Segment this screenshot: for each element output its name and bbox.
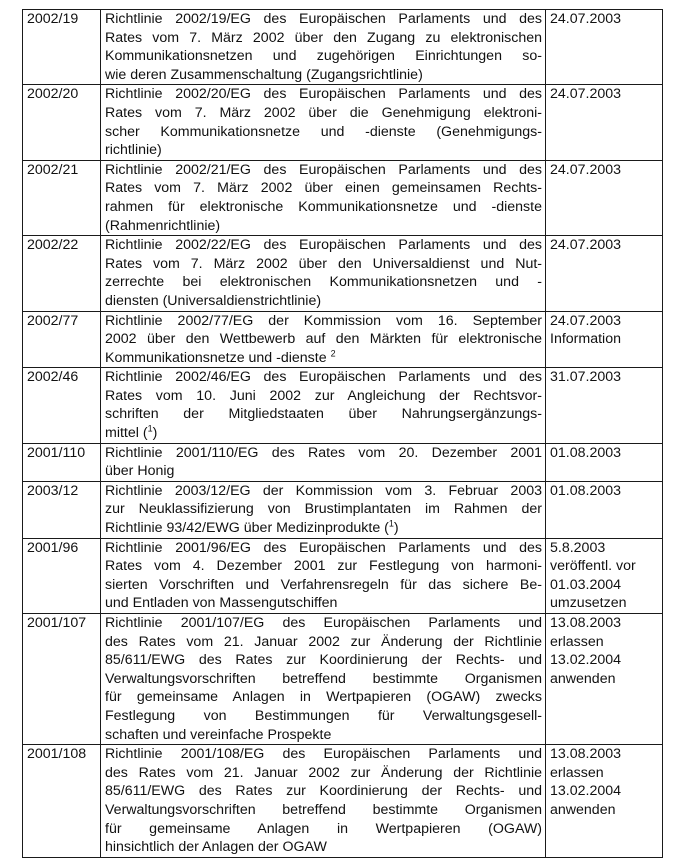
date-line: anwenden xyxy=(550,670,659,689)
date-line: 13.02.2004 xyxy=(550,651,659,670)
description-line: Richtlinie 2002/22/EG des Europäischen P… xyxy=(105,236,542,255)
directive-description: Richtlinie 2001/110/EG des Rates vom 20.… xyxy=(101,443,546,481)
directive-description: Richtlinie 2003/12/EG der Kommission vom… xyxy=(101,481,546,538)
transposition-date: 24.07.2003 xyxy=(546,10,663,85)
directive-description: Richtlinie 2002/20/EG des Europäischen P… xyxy=(101,85,546,160)
description-line: für gemeinsame Anlagen in Wertpapieren (… xyxy=(105,820,542,839)
directive-number: 2001/107 xyxy=(23,614,101,745)
description-text: scher Kommunikationsnetze und -dienste (… xyxy=(105,124,542,140)
date-line: anwenden xyxy=(550,801,659,820)
date-line: 24.07.2003 xyxy=(550,236,659,255)
directive-number: 2001/96 xyxy=(23,538,101,613)
transposition-date: 24.07.2003 xyxy=(546,160,663,235)
description-text: Kommunikationsnetze und -dienste xyxy=(105,350,327,366)
date-line: 13.02.2004 xyxy=(550,782,659,801)
transposition-date: 24.07.2003 xyxy=(546,236,663,311)
directive-number: 2002/21 xyxy=(23,160,101,235)
date-line: 24.07.2003 xyxy=(550,312,659,331)
description-text: Verwaltungsvorschriften betreffend besti… xyxy=(105,802,542,818)
description-text: Richtlinie 2001/96/EG des Europäischen P… xyxy=(105,540,542,556)
description-text: Richtlinie 93/42/EWG über Medizinprodukt… xyxy=(105,520,389,536)
date-line: 24.07.2003 xyxy=(550,10,659,29)
date-line: 01.08.2003 xyxy=(550,444,659,463)
directives-table: 2002/19Richtlinie 2002/19/EG des Europäi… xyxy=(22,9,663,858)
table-row: 2001/96Richtlinie 2001/96/EG des Europäi… xyxy=(23,538,663,613)
footnote-suffix: ) xyxy=(153,425,158,441)
description-text: schriften der Mitgliedstaaten über Nahru… xyxy=(105,406,542,422)
description-text: Richtlinie 2002/20/EG des Europäischen P… xyxy=(105,86,542,102)
description-text: Rates vom 10. Juni 2002 zur Angleichung … xyxy=(105,388,542,404)
table-row: 2002/20Richtlinie 2002/20/EG des Europäi… xyxy=(23,85,663,160)
description-line: des Rates vom 21. Januar 2002 zur Änderu… xyxy=(105,764,542,783)
date-line: 01.08.2003 xyxy=(550,482,659,501)
description-line: 85/611/EWG des Rates zur Koordinierung d… xyxy=(105,782,542,801)
description-text: diensten (Universaldienstrichtlinie) xyxy=(105,293,321,309)
footnote-marker: 2 xyxy=(331,348,336,358)
description-text: Richtlinie 2002/21/EG des Europäischen P… xyxy=(105,162,542,178)
description-line: Rates vom 7. März 2002 über die Genehmig… xyxy=(105,104,542,123)
date-line: 13.08.2003 xyxy=(550,745,659,764)
directive-description: Richtlinie 2002/77/EG der Kommission vom… xyxy=(101,311,546,368)
description-text: Richtlinie 2002/19/EG des Europäischen P… xyxy=(105,11,542,27)
description-line: Richtlinie 2002/77/EG der Kommission vom… xyxy=(105,312,542,331)
description-line: 2002 über den Wettbewerb auf den Märkten… xyxy=(105,330,542,349)
date-line: 24.07.2003 xyxy=(550,161,659,180)
directives-table-body: 2002/19Richtlinie 2002/19/EG des Europäi… xyxy=(23,10,663,858)
description-text: Rates vom 7. März 2002 über die Genehmig… xyxy=(105,105,542,121)
table-row: 2003/12Richtlinie 2003/12/EG der Kommiss… xyxy=(23,481,663,538)
description-text: des Rates vom 21. Januar 2002 zur Änderu… xyxy=(105,765,542,781)
date-line: 13.08.2003 xyxy=(550,614,659,633)
table-row: 2002/46Richtlinie 2002/46/EG des Europäi… xyxy=(23,368,663,443)
description-text: Rates vom 7. März 2002 über einen gemein… xyxy=(105,180,542,196)
description-text: hinsichtlich der Anlagen der OGAW xyxy=(105,839,327,855)
description-line: Verwaltungsvorschriften betreffend besti… xyxy=(105,801,542,820)
footnote-suffix: ) xyxy=(394,520,399,536)
description-line: scher Kommunikationsnetze und -dienste (… xyxy=(105,123,542,142)
description-line: Festlegung von Bestimmungen für Verwaltu… xyxy=(105,707,542,726)
description-line: Rates vom 7. März 2002 über den Zugang z… xyxy=(105,29,542,48)
description-line: Richtlinie 2001/110/EG des Rates vom 20.… xyxy=(105,444,542,463)
table-row: 2001/108Richtlinie 2001/108/EG des Europ… xyxy=(23,745,663,858)
description-line: 85/611/EWG des Rates zur Koordinierung d… xyxy=(105,651,542,670)
date-line: erlassen xyxy=(550,633,659,652)
directive-number: 2002/19 xyxy=(23,10,101,85)
table-row: 2002/21Richtlinie 2002/21/EG des Europäi… xyxy=(23,160,663,235)
description-line: mittel (1) xyxy=(105,424,542,443)
transposition-date: 24.07.2003Information xyxy=(546,311,663,368)
description-line: Richtlinie 2001/107/EG des Europäischen … xyxy=(105,614,542,633)
directive-description: Richtlinie 2001/96/EG des Europäischen P… xyxy=(101,538,546,613)
description-line: hinsichtlich der Anlagen der OGAW xyxy=(105,838,542,857)
description-line: und Entladen von Massengutschiffen xyxy=(105,594,542,613)
description-line: wie deren Zusammenschaltung (Zugangsrich… xyxy=(105,66,542,85)
description-line: zerrechte bei elektronischen Kommunikati… xyxy=(105,273,542,292)
description-text: und Entladen von Massengutschiffen xyxy=(105,595,337,611)
directive-number: 2002/22 xyxy=(23,236,101,311)
description-line: schriften der Mitgliedstaaten über Nahru… xyxy=(105,405,542,424)
description-text: (Rahmenrichtlinie) xyxy=(105,218,220,234)
description-text: richtlinie) xyxy=(105,142,162,158)
description-text: Festlegung von Bestimmungen für Verwaltu… xyxy=(105,708,542,724)
directive-number: 2002/20 xyxy=(23,85,101,160)
table-row: 2002/22Richtlinie 2002/22/EG des Europäi… xyxy=(23,236,663,311)
directive-number: 2002/77 xyxy=(23,311,101,368)
description-text: schaften und vereinfache Prospekte xyxy=(105,727,331,743)
directive-description: Richtlinie 2001/107/EG des Europäischen … xyxy=(101,614,546,745)
description-line: Rates vom 7. März 2002 über einen gemein… xyxy=(105,179,542,198)
transposition-date: 01.08.2003 xyxy=(546,481,663,538)
description-text: Richtlinie 2001/107/EG des Europäischen … xyxy=(105,615,542,631)
description-text: Richtlinie 2002/46/EG des Europäischen P… xyxy=(105,369,542,385)
description-text: des Rates vom 21. Januar 2002 zur Änderu… xyxy=(105,634,542,650)
directive-description: Richtlinie 2001/108/EG des Europäischen … xyxy=(101,745,546,858)
date-line: 5.8.2003 xyxy=(550,539,659,558)
directive-description: Richtlinie 2002/46/EG des Europäischen P… xyxy=(101,368,546,443)
date-line: 01.03.2004 xyxy=(550,576,659,595)
description-text: Rates vom 7. März 2002 über den Zugang z… xyxy=(105,30,542,46)
description-line: diensten (Universaldienstrichtlinie) xyxy=(105,292,542,311)
directive-number: 2003/12 xyxy=(23,481,101,538)
description-text: rahmen für elektronische Kommunikationsn… xyxy=(105,199,542,215)
date-line: 31.07.2003 xyxy=(550,368,659,387)
directive-description: Richtlinie 2002/21/EG des Europäischen P… xyxy=(101,160,546,235)
description-line: Richtlinie 2001/96/EG des Europäischen P… xyxy=(105,539,542,558)
description-line: Rates vom 4. Dezember 2001 zur Festlegun… xyxy=(105,557,542,576)
description-text: sierten Vorschriften und Verfahrensregel… xyxy=(105,577,542,593)
table-row: 2001/107Richtlinie 2001/107/EG des Europ… xyxy=(23,614,663,745)
description-line: rahmen für elektronische Kommunikationsn… xyxy=(105,198,542,217)
description-text: Rates vom 4. Dezember 2001 zur Festlegun… xyxy=(105,558,542,574)
description-text: 2002 über den Wettbewerb auf den Märkten… xyxy=(105,331,542,347)
description-line: Rates vom 10. Juni 2002 zur Angleichung … xyxy=(105,387,542,406)
description-line: Verwaltungsvorschriften betreffend besti… xyxy=(105,670,542,689)
directive-description: Richtlinie 2002/22/EG des Europäischen P… xyxy=(101,236,546,311)
transposition-date: 31.07.2003 xyxy=(546,368,663,443)
transposition-date: 01.08.2003 xyxy=(546,443,663,481)
table-row: 2002/19Richtlinie 2002/19/EG des Europäi… xyxy=(23,10,663,85)
date-line: Information xyxy=(550,330,659,349)
transposition-date: 24.07.2003 xyxy=(546,85,663,160)
description-text: für gemeinsame Anlagen in Wertpapieren (… xyxy=(105,821,542,837)
description-line: Richtlinie 2001/108/EG des Europäischen … xyxy=(105,745,542,764)
table-row: 2002/77Richtlinie 2002/77/EG der Kommiss… xyxy=(23,311,663,368)
table-row: 2001/110Richtlinie 2001/110/EG des Rates… xyxy=(23,443,663,481)
description-text: wie deren Zusammenschaltung (Zugangsrich… xyxy=(105,67,423,83)
description-line: Richtlinie 2002/20/EG des Europäischen P… xyxy=(105,85,542,104)
description-text: mittel ( xyxy=(105,425,148,441)
description-text: Richtlinie 2001/108/EG des Europäischen … xyxy=(105,746,542,762)
transposition-date: 13.08.2003erlassen13.02.2004anwenden xyxy=(546,614,663,745)
description-text: Rates vom 7. März 2002 über den Universa… xyxy=(105,256,542,272)
description-line: schaften und vereinfache Prospekte xyxy=(105,726,542,745)
description-line: Richtlinie 2003/12/EG der Kommission vom… xyxy=(105,482,542,501)
date-line: veröffentl. vor xyxy=(550,557,659,576)
description-text: Richtlinie 2002/77/EG der Kommission vom… xyxy=(105,313,542,329)
directive-number: 2002/46 xyxy=(23,368,101,443)
description-line: für gemeinsame Anlagen in Wertpapieren (… xyxy=(105,688,542,707)
description-line: Richtlinie 2002/21/EG des Europäischen P… xyxy=(105,161,542,180)
directive-number: 2001/110 xyxy=(23,443,101,481)
description-line: sierten Vorschriften und Verfahrensregel… xyxy=(105,576,542,595)
description-line: Richtlinie 2002/46/EG des Europäischen P… xyxy=(105,368,542,387)
description-text: für gemeinsame Anlagen in Wertpapieren (… xyxy=(105,689,542,705)
description-line: Kommunikationsnetzen und zugehörigen Ein… xyxy=(105,47,542,66)
description-line: Richtlinie 93/42/EWG über Medizinprodukt… xyxy=(105,519,542,538)
description-text: 85/611/EWG des Rates zur Koordinierung d… xyxy=(105,783,542,799)
description-text: Verwaltungsvorschriften betreffend besti… xyxy=(105,671,542,687)
description-line: Rates vom 7. März 2002 über den Universa… xyxy=(105,255,542,274)
description-text: zerrechte bei elektronischen Kommunikati… xyxy=(105,274,542,290)
description-text: zur Neuklassifizierung von Brustimplanta… xyxy=(105,501,542,517)
directive-description: Richtlinie 2002/19/EG des Europäischen P… xyxy=(101,10,546,85)
description-text: Richtlinie 2001/110/EG des Rates vom 20.… xyxy=(105,445,542,461)
description-text: über Honig xyxy=(105,463,174,479)
description-text: Richtlinie 2003/12/EG der Kommission vom… xyxy=(105,483,542,499)
directive-number: 2001/108 xyxy=(23,745,101,858)
description-line: richtlinie) xyxy=(105,141,542,160)
description-line: (Rahmenrichtlinie) xyxy=(105,217,542,236)
transposition-date: 13.08.2003erlassen13.02.2004anwenden xyxy=(546,745,663,858)
description-line: über Honig xyxy=(105,462,542,481)
description-line: Richtlinie 2002/19/EG des Europäischen P… xyxy=(105,10,542,29)
description-text: Richtlinie 2002/22/EG des Europäischen P… xyxy=(105,237,542,253)
date-line: umzusetzen xyxy=(550,594,659,613)
description-text: 85/611/EWG des Rates zur Koordinierung d… xyxy=(105,652,542,668)
description-line: Kommunikationsnetze und -dienste 2 xyxy=(105,349,542,368)
transposition-date: 5.8.2003veröffentl. vor01.03.2004umzuset… xyxy=(546,538,663,613)
description-line: des Rates vom 21. Januar 2002 zur Änderu… xyxy=(105,633,542,652)
date-line: erlassen xyxy=(550,764,659,783)
description-text: Kommunikationsnetzen und zugehörigen Ein… xyxy=(105,48,542,64)
description-line: zur Neuklassifizierung von Brustimplanta… xyxy=(105,500,542,519)
date-line: 24.07.2003 xyxy=(550,85,659,104)
